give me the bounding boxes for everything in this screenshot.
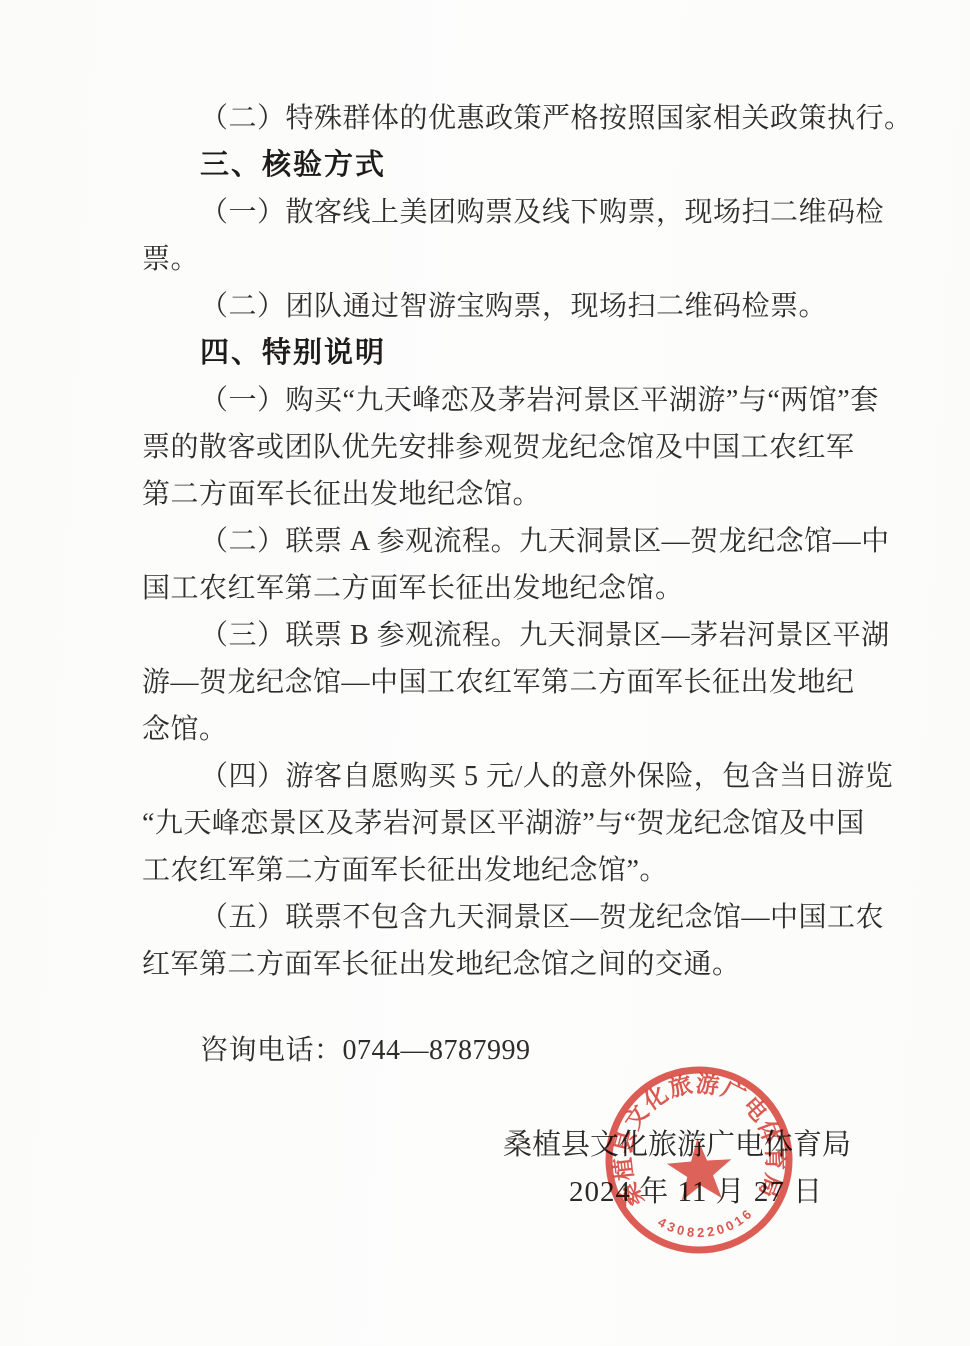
seal-star-icon	[665, 1136, 734, 1202]
document-line: （二）联票 A 参观流程。九天洞景区—贺龙纪念馆—中	[142, 518, 851, 565]
document-line: “九天峰恋景区及茅岩河景区平湖游”与“贺龙纪念馆及中国	[142, 800, 851, 847]
scanned-document-page: （二）特殊群体的优惠政策严格按照国家相关政策执行。 三、核验方式 （一）散客线上…	[0, 0, 970, 1346]
document-line: （二）团队通过智游宝购票，现场扫二维码检票。	[142, 283, 851, 330]
official-seal: 桑植县文化旅游广电体育局 4308220016058	[592, 1053, 805, 1266]
document-line: （一）购买“九天峰恋及茅岩河景区平湖游”与“两馆”套	[142, 377, 851, 424]
document-line: （一）散客线上美团购票及线下购票，现场扫二维码检	[142, 189, 851, 236]
document-line: 工农红军第二方面军长征出发地纪念馆”。	[142, 847, 851, 894]
document-line: 第二方面军长征出发地纪念馆。	[142, 471, 851, 518]
document-line: 游—贺龙纪念馆—中国工农红军第二方面军长征出发地纪	[142, 659, 851, 706]
section-heading-4: 四、特别说明	[142, 330, 851, 377]
document-body: （二）特殊群体的优惠政策严格按照国家相关政策执行。 三、核验方式 （一）散客线上…	[142, 95, 851, 1074]
document-line: （二）特殊群体的优惠政策严格按照国家相关政策执行。	[142, 95, 851, 142]
document-line: 念馆。	[142, 706, 851, 753]
document-line: （四）游客自愿购买 5 元/人的意外保险，包含当日游览	[142, 753, 851, 800]
document-line: 票。	[142, 236, 851, 283]
document-line: 红军第二方面军长征出发地纪念馆之间的交通。	[142, 941, 851, 988]
document-line: 国工农红军第二方面军长征出发地纪念馆。	[142, 565, 851, 612]
document-line: 票的散客或团队优先安排参观贺龙纪念馆及中国工农红军	[142, 424, 851, 471]
section-heading-3: 三、核验方式	[142, 142, 851, 189]
document-line: （三）联票 B 参观流程。九天洞景区—茅岩河景区平湖	[142, 612, 851, 659]
document-line: （五）联票不包含九天洞景区—贺龙纪念馆—中国工农	[142, 894, 851, 941]
